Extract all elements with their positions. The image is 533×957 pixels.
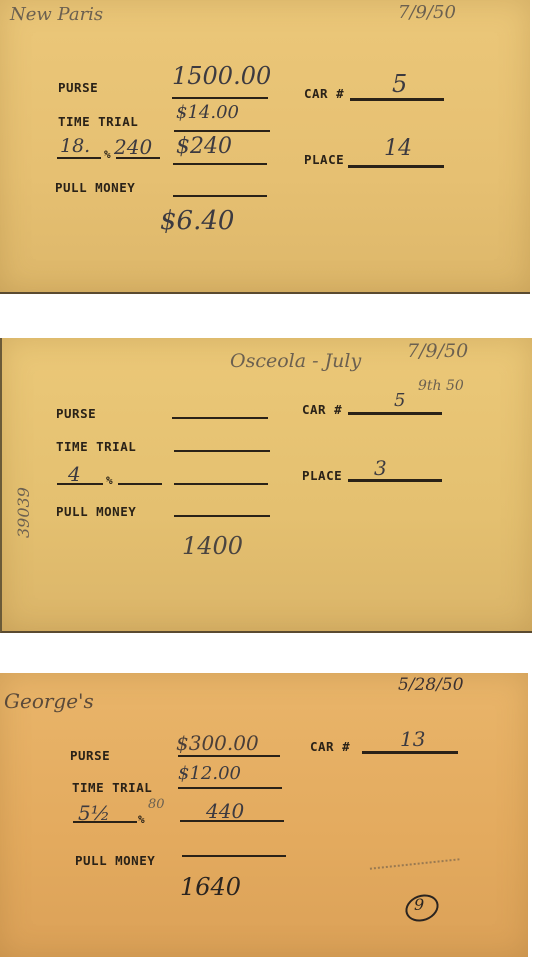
side-number: 39039 <box>14 487 33 538</box>
car-value: 5 <box>392 70 407 98</box>
location-note: Osceola - July <box>230 350 361 372</box>
car-line <box>362 751 458 754</box>
circled-number: 9 <box>414 895 424 914</box>
car-value: 5 <box>394 390 405 411</box>
time-trial-line <box>174 130 270 132</box>
percent-line <box>57 157 101 159</box>
purse-label: PURSE <box>56 406 96 421</box>
pull-money-label: PULL MONEY <box>56 504 136 519</box>
purse-value: $300.00 <box>176 731 259 755</box>
percent-line <box>73 821 137 823</box>
scribble-mark <box>370 858 460 875</box>
purse-line <box>172 417 268 419</box>
time-trial-label: TIME TRIAL <box>56 439 136 454</box>
location-note: George's <box>4 689 94 713</box>
percent-amount-line <box>118 483 162 485</box>
percent-sign: % <box>106 474 113 487</box>
time-trial-value: $14.00 <box>176 102 239 123</box>
purse-line <box>172 97 268 99</box>
percent-amount-line <box>116 157 160 159</box>
percent-line <box>57 483 103 485</box>
percent-total-line <box>174 483 268 485</box>
purse-line <box>178 755 280 757</box>
date-note: 7/9/50 <box>398 2 456 23</box>
time-trial-label: TIME TRIAL <box>58 114 138 129</box>
percent-amount: 240 <box>114 135 152 159</box>
car-label: CAR # <box>302 402 342 417</box>
car-line <box>348 412 442 415</box>
time-trial-label: TIME TRIAL <box>72 780 152 795</box>
location-note: New Paris <box>10 4 103 25</box>
total-value: 1400 <box>182 532 243 560</box>
place-label: PLACE <box>302 468 342 483</box>
place-line <box>348 479 442 482</box>
percent-sign: % <box>104 148 111 161</box>
car-label: CAR # <box>304 86 344 101</box>
place-value: 14 <box>384 136 412 161</box>
date-note: 5/28/50 <box>398 675 464 695</box>
total-value: 1640 <box>180 873 241 901</box>
car-value: 13 <box>400 727 425 751</box>
percent-value: 18. <box>60 135 90 157</box>
pull-money-label: PULL MONEY <box>75 853 155 868</box>
date-note: 7/9/50 <box>407 340 468 362</box>
place-label: PLACE <box>304 152 344 167</box>
purse-label: PURSE <box>70 748 110 763</box>
percent-amount: 80 <box>148 797 165 812</box>
place-value: 3 <box>374 456 387 480</box>
envelope-georges: George's 5/28/50 PURSE $300.00 TIME TRIA… <box>0 673 528 957</box>
purse-label: PURSE <box>58 80 98 95</box>
percent-total-line <box>173 163 267 165</box>
pull-money-line <box>174 515 270 517</box>
percent-sign: % <box>138 813 145 826</box>
car-line <box>350 98 444 101</box>
envelope-new-paris: New Paris 7/9/50 PURSE 1500.00 TIME TRIA… <box>0 0 530 294</box>
time-trial-line <box>178 787 282 789</box>
percent-total: $240 <box>176 134 232 159</box>
place-line <box>348 165 444 168</box>
time-trial-line <box>174 450 270 452</box>
time-trial-value: $12.00 <box>178 763 241 784</box>
pull-money-line <box>173 195 267 197</box>
car-label: CAR # <box>310 739 350 754</box>
total-value: $6.40 <box>160 206 234 236</box>
pull-money-line <box>182 855 286 857</box>
envelope-osceola: Osceola - July 7/9/50 9th 50 39039 PURSE… <box>0 338 532 633</box>
pull-money-label: PULL MONEY <box>55 180 135 195</box>
date-alt-note: 9th 50 <box>418 378 464 394</box>
percent-total-line <box>180 820 284 822</box>
purse-value: 1500.00 <box>172 62 271 90</box>
